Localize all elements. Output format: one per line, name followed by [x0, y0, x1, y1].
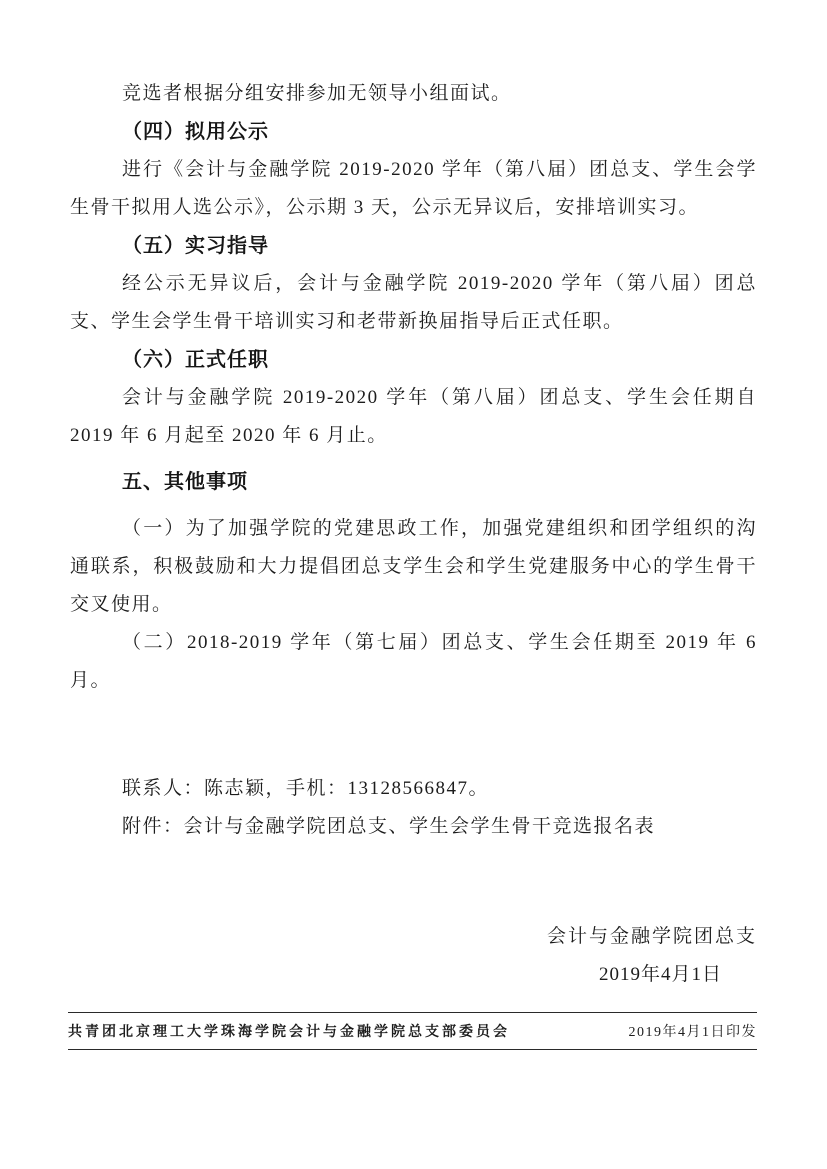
- body-paragraph: 竞选者根据分组安排参加无领导小组面试。: [70, 75, 757, 113]
- signature-date: 2019年4月1日: [70, 956, 757, 994]
- body-paragraph: 进行《会计与金融学院 2019-2020 学年（第八届）团总支、学生会学生骨干拟…: [70, 151, 757, 227]
- body-paragraph: 会计与金融学院 2019-2020 学年（第八届）团总支、学生会任期自 2019…: [70, 379, 757, 455]
- subsection-heading-4: （四）拟用公示: [70, 113, 757, 151]
- footer-print-date: 2019年4月1日印发: [629, 1021, 758, 1041]
- attachment-line: 附件：会计与金融学院团总支、学生会学生骨干竞选报名表: [70, 808, 757, 846]
- contact-line: 联系人：陈志颖，手机：13128566847。: [70, 770, 757, 808]
- section-heading-other-matters: 五、其他事项: [70, 463, 757, 501]
- signature-organization: 会计与金融学院团总支: [70, 918, 757, 956]
- body-paragraph: （一）为了加强学院的党建思政工作，加强党建组织和团学组织的沟通联系，积极鼓励和大…: [70, 510, 757, 624]
- body-paragraph: 经公示无异议后，会计与金融学院 2019-2020 学年（第八届）团总支、学生会…: [70, 265, 757, 341]
- document-page: 竞选者根据分组安排参加无领导小组面试。 （四）拟用公示 进行《会计与金融学院 2…: [0, 0, 827, 1169]
- body-paragraph: （二）2018-2019 学年（第七届）团总支、学生会任期至 2019 年 6 …: [70, 624, 757, 700]
- subsection-heading-5: （五）实习指导: [70, 227, 757, 265]
- footer-rule-block: 共青团北京理工大学珠海学院会计与金融学院总支部委员会 2019年4月1日印发: [68, 1012, 757, 1050]
- subsection-heading-6: （六）正式任职: [70, 341, 757, 379]
- footer-issuer: 共青团北京理工大学珠海学院会计与金融学院总支部委员会: [68, 1021, 510, 1041]
- document-content: 竞选者根据分组安排参加无领导小组面试。 （四）拟用公示 进行《会计与金融学院 2…: [0, 0, 827, 994]
